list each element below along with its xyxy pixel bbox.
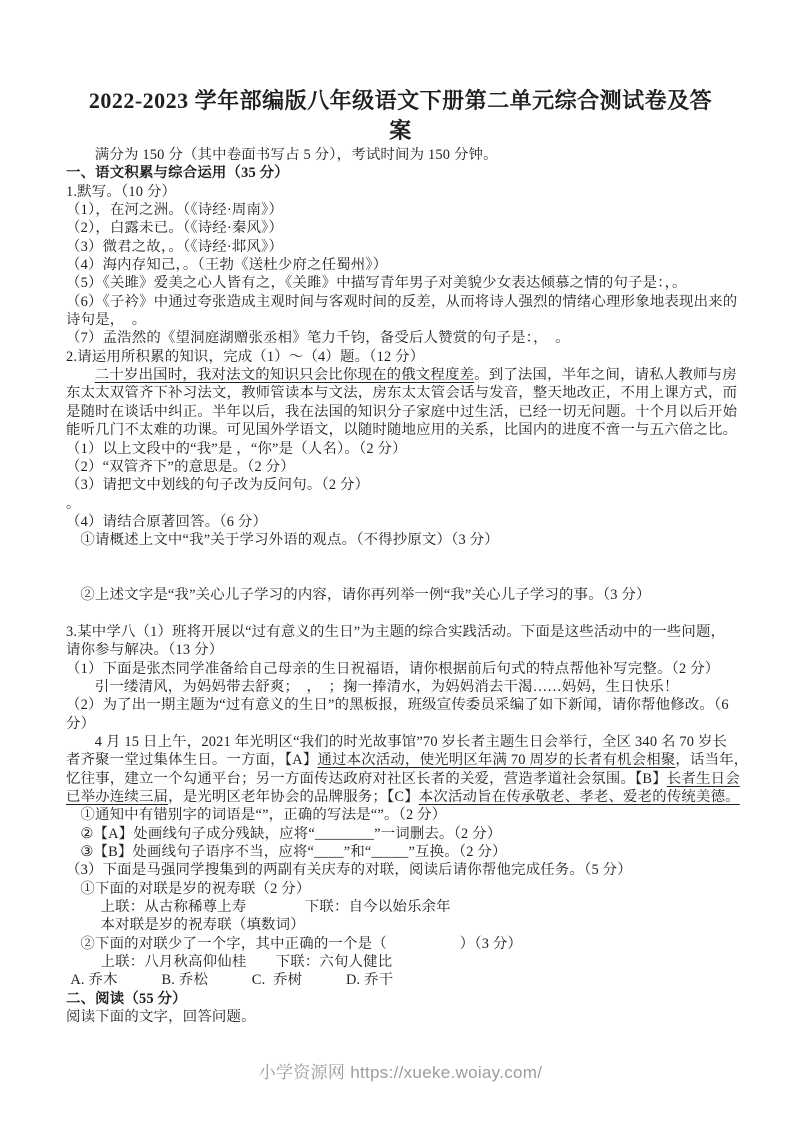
text-segment: （2），白露未已。（《诗经·秦风》） <box>66 220 283 236</box>
text-segment: （2）“双管齐下”的意思是。（2 分） <box>66 459 295 475</box>
document-body: 2022-2023 学年部编版八年级语文下册第二单元综合测试卷及答案满分为 15… <box>66 86 735 1027</box>
text-segment: 4 月 15 日上午，2021 年光明区“我们的时光故事馆”70 岁长者主题生日… <box>95 734 727 750</box>
text-line: 满分为 150 分（其中卷面书写占 5 分），考试时间为 150 分钟。 <box>66 146 735 164</box>
text-segment: 东太太双管齐下补习法文，教师管读本与文法，房东太太管会话与发音，整天地改正，不用… <box>66 385 737 401</box>
text-segment: （1）以上文段中的“我”是 ，“你”是（人名）。（2 分） <box>66 441 407 457</box>
text-segment: ①通知中有错别字的词语是“”，正确的写法是“”。（2 分） <box>80 807 446 823</box>
text-line: 。 <box>66 495 735 513</box>
text-line: 忆往事，建立一个勾通平台；另一方面传达政府对社区长者的关爱，营造孝道社会氛围。【… <box>66 770 735 788</box>
underlined-text: 本次活动旨在传承敬老、孝老、爱老的传统美德。 <box>419 789 740 805</box>
text-segment: 是随时在谈话中纠正。半年以后，我在法国的知识分子家庭中过生活，已经一切无问题。十… <box>66 404 737 420</box>
blank-line <box>66 550 735 568</box>
text-line: ①请概述上文中“我”关于学习外语的观点。（不得抄原文）（3 分） <box>66 531 735 549</box>
text-segment: （1）下面是张杰同学准备给自己母亲的生日祝福语，请你根据前后句式的特点帮他补写完… <box>66 661 719 677</box>
text-segment: 。到了法国，半年之间，请私人教师与房 <box>474 367 737 383</box>
text-line: （4）海内存知己，。（王勃《送杜少府之任蜀州》） <box>66 256 735 274</box>
text-segment: （4）海内存知己，。（王勃《送杜少府之任蜀州》） <box>66 257 387 273</box>
text-segment: （5）《关雎》爱美之心人皆有之，《关雎》中描写青年男子对美貌少女表达倾慕之情的句… <box>66 275 687 291</box>
text-segment: （4）请结合原著回答。（6 分） <box>66 514 267 530</box>
text-segment: 2.请运用所积累的知识，完成（1）～（4）题。（12 分） <box>66 349 424 365</box>
text-line: 是随时在谈话中纠正。半年以后，我在法国的知识分子家庭中过生活，已经一切无问题。十… <box>66 403 735 421</box>
text-line: 已举办连续三届，是光明区老年协会的品牌服务；【C】本次活动旨在传承敬老、孝老、爱… <box>66 788 735 806</box>
text-line: （5）《关雎》爱美之心人皆有之，《关雎》中描写青年男子对美貌少女表达倾慕之情的句… <box>66 274 735 292</box>
text-segment: ，是光明区老年协会的品牌服务；【C】 <box>168 789 419 805</box>
blank-line <box>66 568 735 586</box>
text-line: 2.请运用所积累的知识，完成（1）～（4）题。（12 分） <box>66 348 735 366</box>
text-segment: ①请概述上文中“我”关于学习外语的观点。（不得抄原文）（3 分） <box>80 532 499 548</box>
text-segment: 分） <box>66 716 95 732</box>
text-line: （7）孟浩然的《望洞庭湖赠张丞相》笔力千钧，备受后人赞赏的句子是：， 。 <box>66 329 735 347</box>
text-line: （2）为了出一期主题为“过有意义的生日”的黑板报，班级宣传委员采编了如下新闻，请… <box>66 696 735 714</box>
text-segment: 本对联是岁的祝寿联（填数词） <box>101 917 305 933</box>
text-line: （2）“双管齐下”的意思是。（2 分） <box>66 458 735 476</box>
paper-title: 案 <box>66 116 735 146</box>
text-line: 1.默写。（10 分） <box>66 183 735 201</box>
text-line: （6）《子衿》中通过夸张造成主观时间与客观时间的反差，从而将诗人强烈的情绪心理形… <box>66 293 735 311</box>
text-segment: 2022-2023 学年部编版八年级语文下册第二单元综合测试卷及答 <box>89 88 712 113</box>
text-segment: 。 <box>66 496 81 512</box>
text-line: （1）下面是张杰同学准备给自己母亲的生日祝福语，请你根据前后句式的特点帮他补写完… <box>66 660 735 678</box>
text-segment: 二、阅读（55 分） <box>66 991 187 1007</box>
text-segment: （3）微君之故，。（《诗经·邶风》） <box>66 239 283 255</box>
text-segment: 案 <box>389 118 412 143</box>
text-line: 能听几门不太难的功课。可见国外学语文，以随时随地应用的关系，比国内的进度不啻一与… <box>66 421 735 439</box>
text-segment: 上联：八月秋高仰仙桂 下联：六旬人健比 <box>101 954 393 970</box>
text-line: ②【A】处画线句子成分残缺，应将“________”一词删去。（2 分） <box>66 825 735 843</box>
text-line: 二、阅读（55 分） <box>66 990 735 1008</box>
text-segment: A. 乔木 B. 乔松 C. 乔树 D. 乔干 <box>70 972 393 988</box>
text-line: （2），白露未已。（《诗经·秦风》） <box>66 219 735 237</box>
text-segment: （1），在河之洲。（《诗经·周南》） <box>66 202 283 218</box>
text-segment: 满分为 150 分（其中卷面书写占 5 分），考试时间为 150 分钟。 <box>95 147 498 163</box>
text-segment: 者齐聚一堂过集体生日。一方面，【A】 <box>66 752 317 768</box>
text-line: （3）请把文中划线的句子改为反问句。（2 分） <box>66 476 735 494</box>
text-line: ②上述文字是“我”关心儿子学习的内容，请你再列举一例“我”关心儿子学习的事。（3… <box>66 586 735 604</box>
blank-line <box>66 605 735 623</box>
text-line: 上联：从古称稀尊上寿 下联：自今以始乐余年 <box>66 898 735 916</box>
text-line: 上联：八月秋高仰仙桂 下联：六旬人健比 <box>66 953 735 971</box>
text-line: 分） <box>66 715 735 733</box>
text-line: 请你参与解决。（13 分） <box>66 641 735 659</box>
text-segment: （3）请把文中划线的句子改为反问句。（2 分） <box>66 477 369 493</box>
text-segment: 阅读下面的文字，回答问题。 <box>66 1009 256 1025</box>
text-line: ①下面的对联是岁的祝寿联（2 分） <box>66 880 735 898</box>
text-line: ③【B】处画线句子语序不当，应将“____”和“_____”互换。（2 分） <box>66 843 735 861</box>
text-line: 诗句是， 。 <box>66 311 735 329</box>
text-line: 4 月 15 日上午，2021 年光明区“我们的时光故事馆”70 岁长者主题生日… <box>66 733 735 751</box>
text-segment: 忆往事，建立一个勾通平台；另一方面传达政府对社区长者的关爱，营造孝道社会氛围。【… <box>66 771 667 787</box>
text-line: A. 乔木 B. 乔松 C. 乔树 D. 乔干 <box>66 971 735 989</box>
text-line: （3）微君之故，。（《诗经·邶风》） <box>66 238 735 256</box>
text-segment: （3）下面是马强同学搜集到的两副有关庆寿的对联，阅读后请你帮他完成任务。（5 分… <box>66 862 632 878</box>
text-segment: ①下面的对联是岁的祝寿联（2 分） <box>80 881 310 897</box>
text-segment: 一、语文积累与综合运用（35 分） <box>66 165 289 181</box>
text-line: 阅读下面的文字，回答问题。 <box>66 1008 735 1026</box>
text-segment: ②【A】处画线句子成分残缺，应将“________”一词删去。（2 分） <box>80 826 501 842</box>
underlined-text: 已举办连续三届 <box>66 789 168 805</box>
text-segment: 诗句是， 。 <box>66 312 146 328</box>
text-segment: 上联：从古称稀尊上寿 下联：自今以始乐余年 <box>101 899 451 915</box>
text-line: 本对联是岁的祝寿联（填数词） <box>66 916 735 934</box>
text-line: 东太太双管齐下补习法文，教师管读本与文法，房东太太管会话与发音，整天地改正，不用… <box>66 384 735 402</box>
exam-paper-page: 2022-2023 学年部编版八年级语文下册第二单元综合测试卷及答案满分为 15… <box>0 0 793 1122</box>
text-segment: 请你参与解决。（13 分） <box>66 642 223 658</box>
text-line: （3）下面是马强同学搜集到的两副有关庆寿的对联，阅读后请你帮他完成任务。（5 分… <box>66 861 735 879</box>
text-line: （4）请结合原著回答。（6 分） <box>66 513 735 531</box>
text-segment: ②下面的对联少了一个字，其中正确的一个是（ ）（3 分） <box>80 936 522 952</box>
text-segment: （2）为了出一期主题为“过有意义的生日”的黑板报，班级宣传委员采编了如下新闻，请… <box>66 697 729 713</box>
text-line: ②下面的对联少了一个字，其中正确的一个是（ ）（3 分） <box>66 935 735 953</box>
text-line: （1）以上文段中的“我”是 ，“你”是（人名）。（2 分） <box>66 440 735 458</box>
text-segment: ③【B】处画线句子语序不当，应将“____”和“_____”互换。（2 分） <box>80 844 506 860</box>
text-line: （1），在河之洲。（《诗经·周南》） <box>66 201 735 219</box>
text-line: ①通知中有错别字的词语是“”，正确的写法是“”。（2 分） <box>66 806 735 824</box>
underlined-text: 通过本次活动，使光明区年满 70 周岁的长者有机会相聚 <box>317 752 675 768</box>
text-line: 者齐聚一堂过集体生日。一方面，【A】通过本次活动，使光明区年满 70 周岁的长者… <box>66 751 735 769</box>
footer-site-credit: 小学资源网 https://xueke.woiay.com/ <box>66 1058 735 1083</box>
text-segment: 3.某中学八（1）班将开展以“过有意义的生日”为主题的综合实践活动。下面是这些活… <box>66 624 725 640</box>
text-line: 3.某中学八（1）班将开展以“过有意义的生日”为主题的综合实践活动。下面是这些活… <box>66 623 735 641</box>
text-segment: 1.默写。（10 分） <box>66 184 176 200</box>
text-line: 一、语文积累与综合运用（35 分） <box>66 164 735 182</box>
text-segment: （7）孟浩然的《望洞庭湖赠张丞相》笔力千钧，备受后人赞赏的句子是：， 。 <box>66 330 570 346</box>
text-line: 引一缕清风，为妈妈带去舒爽； ， ；掬一捧清水，为妈妈消去干渴……妈妈，生日快乐… <box>66 678 735 696</box>
text-segment: 引一缕清风，为妈妈带去舒爽； ， ；掬一捧清水，为妈妈消去干渴……妈妈，生日快乐… <box>95 679 679 695</box>
text-segment: （6）《子衿》中通过夸张造成主观时间与客观时间的反差，从而将诗人强烈的情绪心理形… <box>66 294 737 310</box>
text-segment: 能听几门不太难的功课。可见国外学语文，以随时随地应用的关系，比国内的进度不啻一与… <box>66 422 737 438</box>
text-segment: ②上述文字是“我”关心儿子学习的内容，请你再列举一例“我”关心儿子学习的事。（3… <box>80 587 650 603</box>
underlined-text: 长者生日会 <box>667 771 740 787</box>
text-line: 二十岁出国时，我对法文的知识只会比你现在的俄文程度差。到了法国，半年之间，请私人… <box>66 366 735 384</box>
paper-title: 2022-2023 学年部编版八年级语文下册第二单元综合测试卷及答 <box>66 86 735 116</box>
underlined-text: 二十岁出国时，我对法文的知识只会比你现在的俄文程度差 <box>95 367 474 383</box>
text-segment: ，话当年， <box>675 752 748 768</box>
